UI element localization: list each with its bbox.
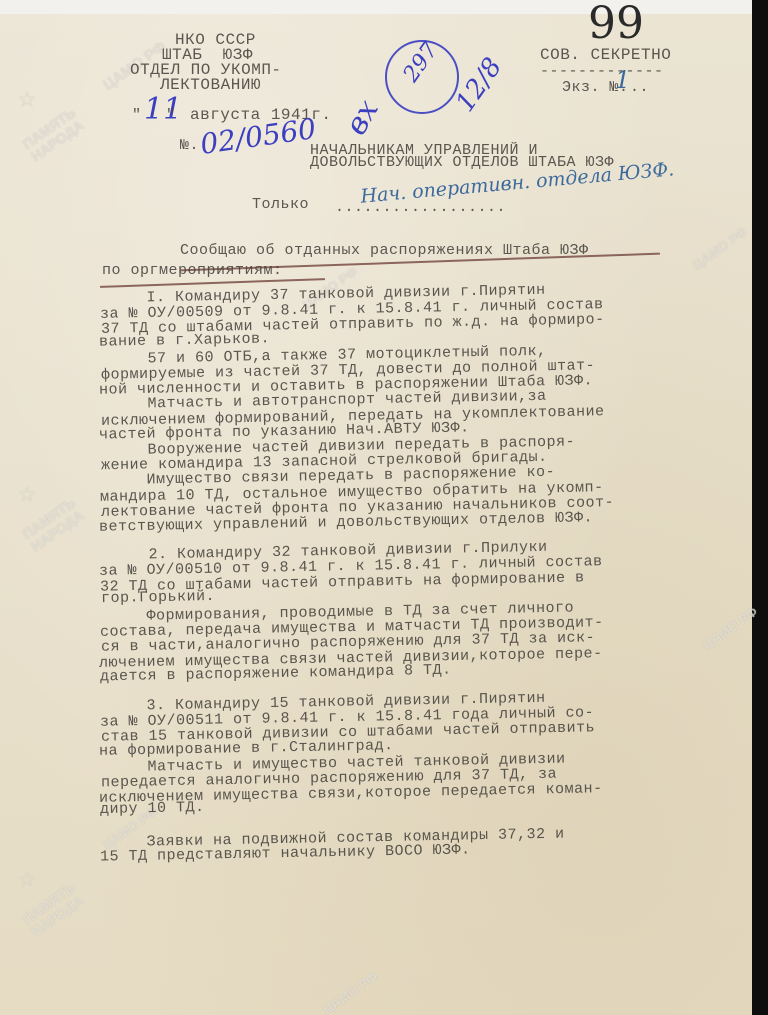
copy-dots: .. [630,80,649,95]
body-line: вание в г.Харьков. [99,331,270,349]
classification-divider: ------------- [540,64,664,79]
watermark-star-icon: ☆ [18,80,36,117]
sender-line: ЛЕКТОВАНИЮ [160,78,261,93]
archive-page-number: 99 [588,0,644,49]
scan-right-edge [752,0,768,1015]
watermark-star-icon: ☆ [18,860,36,897]
body-line: гор.Горький. [101,589,215,606]
date-quote-close: " [166,108,176,123]
body-line: диру 10 ТД. [100,800,205,817]
number-prefix: №. [180,138,199,153]
copy-number-handwritten: 1 [615,66,630,94]
only-label: Только [252,197,309,212]
classification-stamp: СОВ. СЕКРЕТНО [540,48,671,63]
date-day-handwritten: 11 [144,92,182,127]
intro-line: по оргмероприятиям: [102,263,283,278]
intro-line: Сообщаю об отданных распоряжениях Штаба … [180,243,589,258]
date-quote-open: " [132,108,142,123]
watermark-star-icon: ☆ [18,475,36,512]
